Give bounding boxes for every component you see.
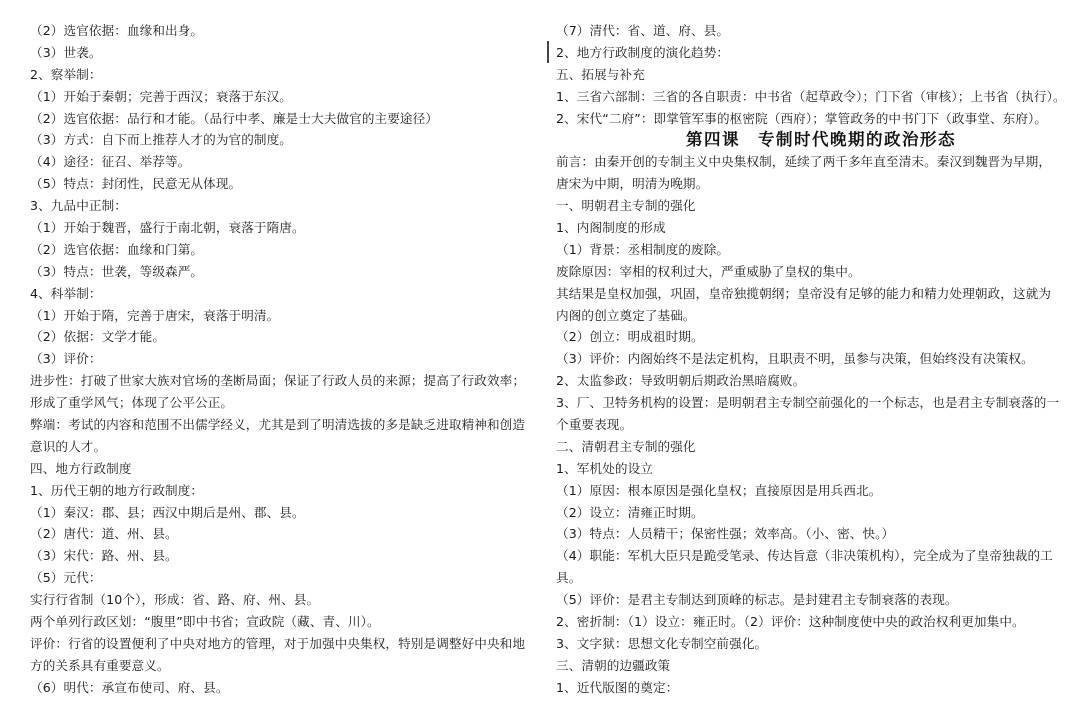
text-line: 内阁的创立奠定了基础。 bbox=[556, 305, 1056, 327]
text-line: （4）职能：军机大臣只是跪受笔录、传达旨意（非决策机构），完全成为了皇帝独裁的工 bbox=[556, 545, 1056, 567]
text-line: （2）选官依据：血缘和出身。 bbox=[30, 20, 530, 42]
text-cursor-bar bbox=[547, 41, 549, 63]
text-line: （3）世袭。 bbox=[30, 42, 530, 64]
text-line: （3）评价： bbox=[30, 348, 530, 370]
text-line: 进步性：打破了世家大族对官场的垄断局面；保证了行政人员的来源；提高了行政效率； bbox=[30, 370, 530, 392]
text-line: 个重要表现。 bbox=[556, 414, 1056, 436]
text-line: （1）开始于秦朝；完善于西汉；衰落于东汉。 bbox=[30, 86, 530, 108]
text-line: 废除原因：宰相的权利过大，严重威胁了皇权的集中。 bbox=[556, 261, 1056, 283]
text-line: 二、清朝君主专制的强化 bbox=[556, 436, 1056, 458]
text-line: 2、密折制：（1）设立：雍正时。（2）评价：这种制度使中央的政治权利更加集中。 bbox=[556, 611, 1056, 633]
text-line: （3）特点：世袭，等级森严。 bbox=[30, 261, 530, 283]
text-line: 3、文字狱：思想文化专制空前强化。 bbox=[556, 633, 1056, 655]
text-line: 四、地方行政制度 bbox=[30, 458, 530, 480]
text-line: 1、近代版图的奠定： bbox=[556, 677, 1056, 699]
text-line: （6）明代：承宣布使司、府、县。 bbox=[30, 677, 530, 699]
text-line: 具。 bbox=[556, 567, 1056, 589]
text-line: （5）特点：封闭性，民意无从体现。 bbox=[30, 173, 530, 195]
text-line: 1、历代王朝的地方行政制度： bbox=[30, 480, 530, 502]
text-line: （1）开始于魏晋，盛行于南北朝，衰落于隋唐。 bbox=[30, 217, 530, 239]
text-line: （3）方式：自下而上推荐人才的为官的制度。 bbox=[30, 129, 530, 151]
left-text-column: （2）选官依据：血缘和出身。（3）世袭。2、察举制：（1）开始于秦朝；完善于西汉… bbox=[30, 20, 530, 699]
text-line: 唐宋为中期，明清为晚期。 bbox=[556, 173, 1056, 195]
text-line: 2、太监参政：导致明朝后期政治黑暗腐败。 bbox=[556, 370, 1056, 392]
text-line: 3、九品中正制： bbox=[30, 195, 530, 217]
text-line: 2、地方行政制度的演化趋势： bbox=[556, 42, 1056, 64]
lesson-title: 第四课 专制时代晚期的政治形态 bbox=[556, 129, 1056, 151]
text-line: 评价：行省的设置便利了中央对地方的管理，对于加强中央集权，特别是调整好中央和地 bbox=[30, 633, 530, 655]
text-line: （3）评价：内阁始终不是法定机构，且职责不明，虽参与决策，但始终没有决策权。 bbox=[556, 348, 1056, 370]
text-line: （2）选官依据：血缘和门第。 bbox=[30, 239, 530, 261]
text-line: 三、清朝的边疆政策 bbox=[556, 655, 1056, 677]
text-line: （1）秦汉：郡、县；西汉中期后是州、郡、县。 bbox=[30, 502, 530, 524]
text-line: 一、明朝君主专制的强化 bbox=[556, 195, 1056, 217]
text-line: （7）清代：省、道、府、县。 bbox=[556, 20, 1056, 42]
text-line: 两个单列行政区划：“腹里”即中书省；宣政院（藏、青、川）。 bbox=[30, 611, 530, 633]
text-line: （2）选官依据：品行和才能。（品行中孝、廉是士大夫做官的主要途径） bbox=[30, 108, 530, 130]
text-line: 意识的人才。 bbox=[30, 436, 530, 458]
text-line: 1、内阁制度的形成 bbox=[556, 217, 1056, 239]
text-line: （2）设立：清雍正时期。 bbox=[556, 502, 1056, 524]
text-line: 实行行省制（10个），形成：省、路、府、州、县。 bbox=[30, 589, 530, 611]
text-line: （1）开始于隋，完善于唐宋，衰落于明清。 bbox=[30, 305, 530, 327]
text-line: 4、科举制： bbox=[30, 283, 530, 305]
text-line: 1、三省六部制：三省的各自职责：中书省（起草政令）；门下省（审核）；上书省（执行… bbox=[556, 86, 1056, 108]
text-line: （2）唐代：道、州、县。 bbox=[30, 523, 530, 545]
text-line: （4）途径：征召、举荐等。 bbox=[30, 151, 530, 173]
text-line: 前言：由秦开创的专制主义中央集权制，延续了两千多年直至清末。秦汉到魏晋为早期， bbox=[556, 151, 1056, 173]
text-line: 五、拓展与补充 bbox=[556, 64, 1056, 86]
text-line: （2）创立：明成祖时期。 bbox=[556, 326, 1056, 348]
text-line: 3、厂、卫特务机构的设置：是明朝君主专制空前强化的一个标志，也是君主专制衰落的一 bbox=[556, 392, 1056, 414]
text-line: （3）特点：人员精干；保密性强；效率高。（小、密、快。） bbox=[556, 523, 1056, 545]
text-line: （2）依据：文学才能。 bbox=[30, 326, 530, 348]
right-text-column: （7）清代：省、道、府、县。2、地方行政制度的演化趋势：五、拓展与补充1、三省六… bbox=[556, 20, 1056, 699]
text-line: （5）评价：是君主专制达到顶峰的标志。是封建君主专制衰落的表现。 bbox=[556, 589, 1056, 611]
text-line: 2、察举制： bbox=[30, 64, 530, 86]
text-line: 1、军机处的设立 bbox=[556, 458, 1056, 480]
text-line: 其结果是皇权加强，巩固，皇帝独揽朝纲；皇帝没有足够的能力和精力处理朝政，这就为 bbox=[556, 283, 1056, 305]
text-line: 弊端：考试的内容和范围不出儒学经义，尤其是到了明清选拔的多是缺乏进取精神和创造 bbox=[30, 414, 530, 436]
text-line: （5）元代： bbox=[30, 567, 530, 589]
text-line: （1）背景：丞相制度的废除。 bbox=[556, 239, 1056, 261]
text-line: 形成了重学风气；体现了公平公正。 bbox=[30, 392, 530, 414]
text-line: 方的关系具有重要意义。 bbox=[30, 655, 530, 677]
text-line: （1）原因：根本原因是强化皇权；直接原因是用兵西北。 bbox=[556, 480, 1056, 502]
text-line: （3）宋代：路、州、县。 bbox=[30, 545, 530, 567]
text-line: 2、宋代“二府”：即掌管军事的枢密院（西府）；掌管政务的中书门下（政事堂、东府）… bbox=[556, 108, 1056, 130]
